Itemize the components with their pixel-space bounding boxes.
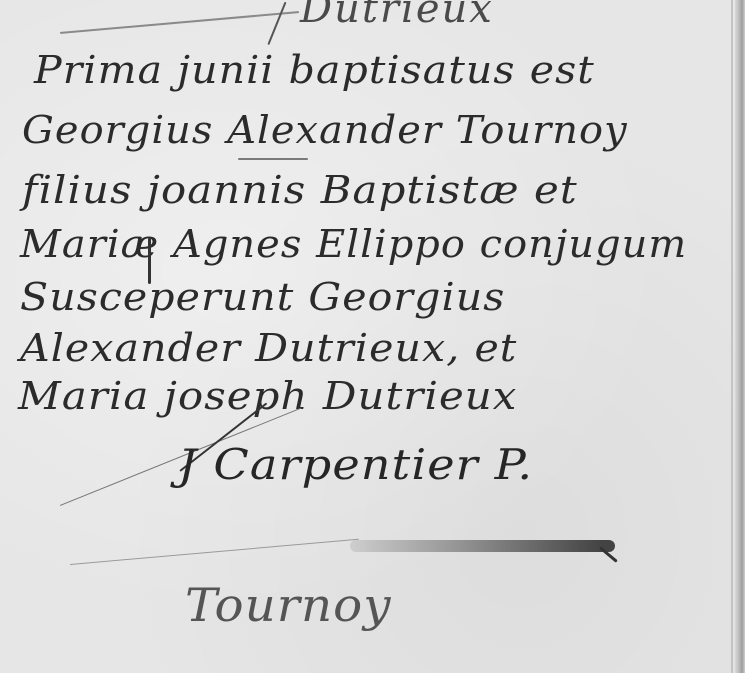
record-line-2: Georgius Alexander Tournoy [22,108,628,152]
ink-smear [350,540,615,552]
record-line-7: Maria joseph Dutrieux [18,374,517,418]
margin-name: Dutrieux [300,0,494,32]
priest-signature: J Carpentier P. [178,440,533,489]
footer-name: Tournoy [185,578,392,632]
record-line-5: Susceperunt Georgius [20,275,505,319]
pen-stroke [267,2,286,45]
pen-stroke [70,539,359,565]
record-line-1: Prima junii baptisatus est [34,48,595,92]
record-line-4: Mariæ Agnes Ellippo conjugum [20,222,687,266]
pen-stroke [60,11,299,34]
record-line-3: filius joannis Baptistæ et [22,168,578,212]
record-line-6: Alexander Dutrieux, et [20,326,517,370]
page-edge [735,0,745,673]
document-page: Dutrieux Prima junii baptisatus est Geor… [0,0,745,673]
pen-stroke [238,158,308,160]
page-edge-line [731,0,733,673]
